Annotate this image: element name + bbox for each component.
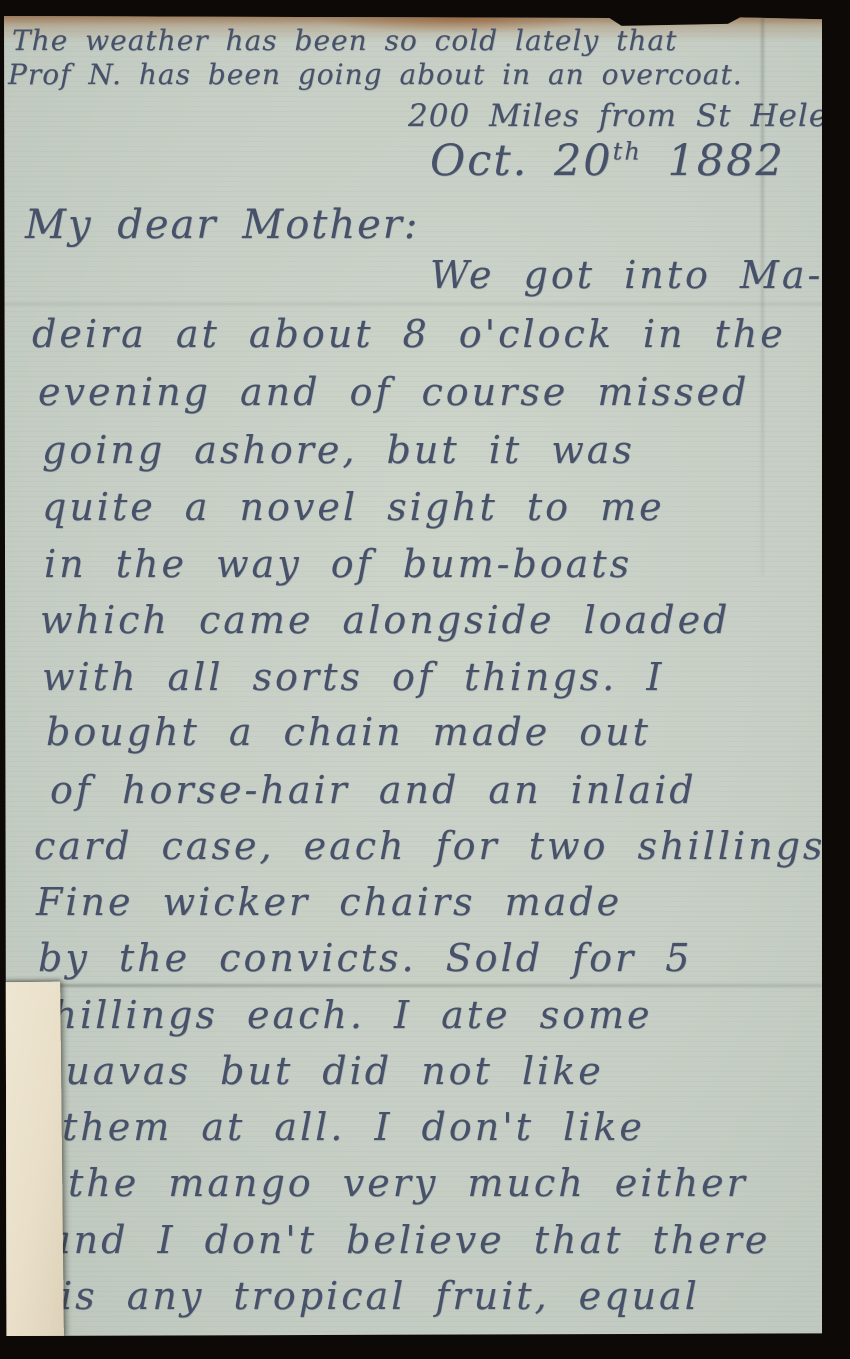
- letter-page: The weather has been so cold lately that…: [4, 16, 822, 1336]
- body-line: Fine wicker chairs made: [36, 880, 622, 924]
- body-line: going ashore, but it was: [42, 428, 635, 472]
- body-line: of horse-hair and an inlaid: [50, 768, 697, 812]
- salutation: My dear Mother:: [25, 202, 419, 248]
- body-line: evening and of course missed: [38, 370, 749, 414]
- body-line: guavas but did not like: [38, 1049, 604, 1093]
- body-line: them at all. I don't like: [62, 1105, 645, 1149]
- body-line: by the convicts. Sold for 5: [38, 936, 692, 980]
- body-line: is any tropical fruit, equal: [60, 1274, 700, 1318]
- date-line: Oct. 20th 1882: [430, 136, 785, 186]
- body-line: quite a novel sight to me: [42, 485, 665, 529]
- location-line: 200 Miles from St Helena: [408, 98, 850, 134]
- body-line: shillings each. I ate some: [30, 993, 653, 1037]
- body-line: card case, each for two shillings: [34, 824, 825, 868]
- horizontal-fold-crease-upper: [4, 303, 822, 305]
- marginalia-line-1: The weather has been so cold lately that: [12, 24, 677, 57]
- body-line: which came alongside loaded: [40, 598, 730, 642]
- inset-page-corner: [0, 982, 64, 1339]
- body-line: in the way of bum-boats: [44, 542, 632, 586]
- date-prefix: Oct. 20: [430, 136, 613, 186]
- body-line: bought a chain made out: [46, 710, 651, 754]
- body-line: deira at about 8 o'clock in the: [32, 312, 786, 356]
- marginalia-line-2: Prof N. has been going about in an overc…: [8, 58, 743, 91]
- body-line: We got into Ma-: [430, 253, 823, 297]
- body-line: with all sorts of things. I: [42, 655, 664, 699]
- scan-background: { "colors": { "background": "#0c0906", "…: [0, 0, 850, 1359]
- horizontal-fold-crease-lower: [4, 984, 822, 987]
- date-year: 1882: [667, 136, 784, 186]
- body-line: and I don't believe that there: [48, 1218, 770, 1262]
- body-line: the mango very much either: [68, 1161, 748, 1205]
- date-ordinal: th: [613, 138, 642, 166]
